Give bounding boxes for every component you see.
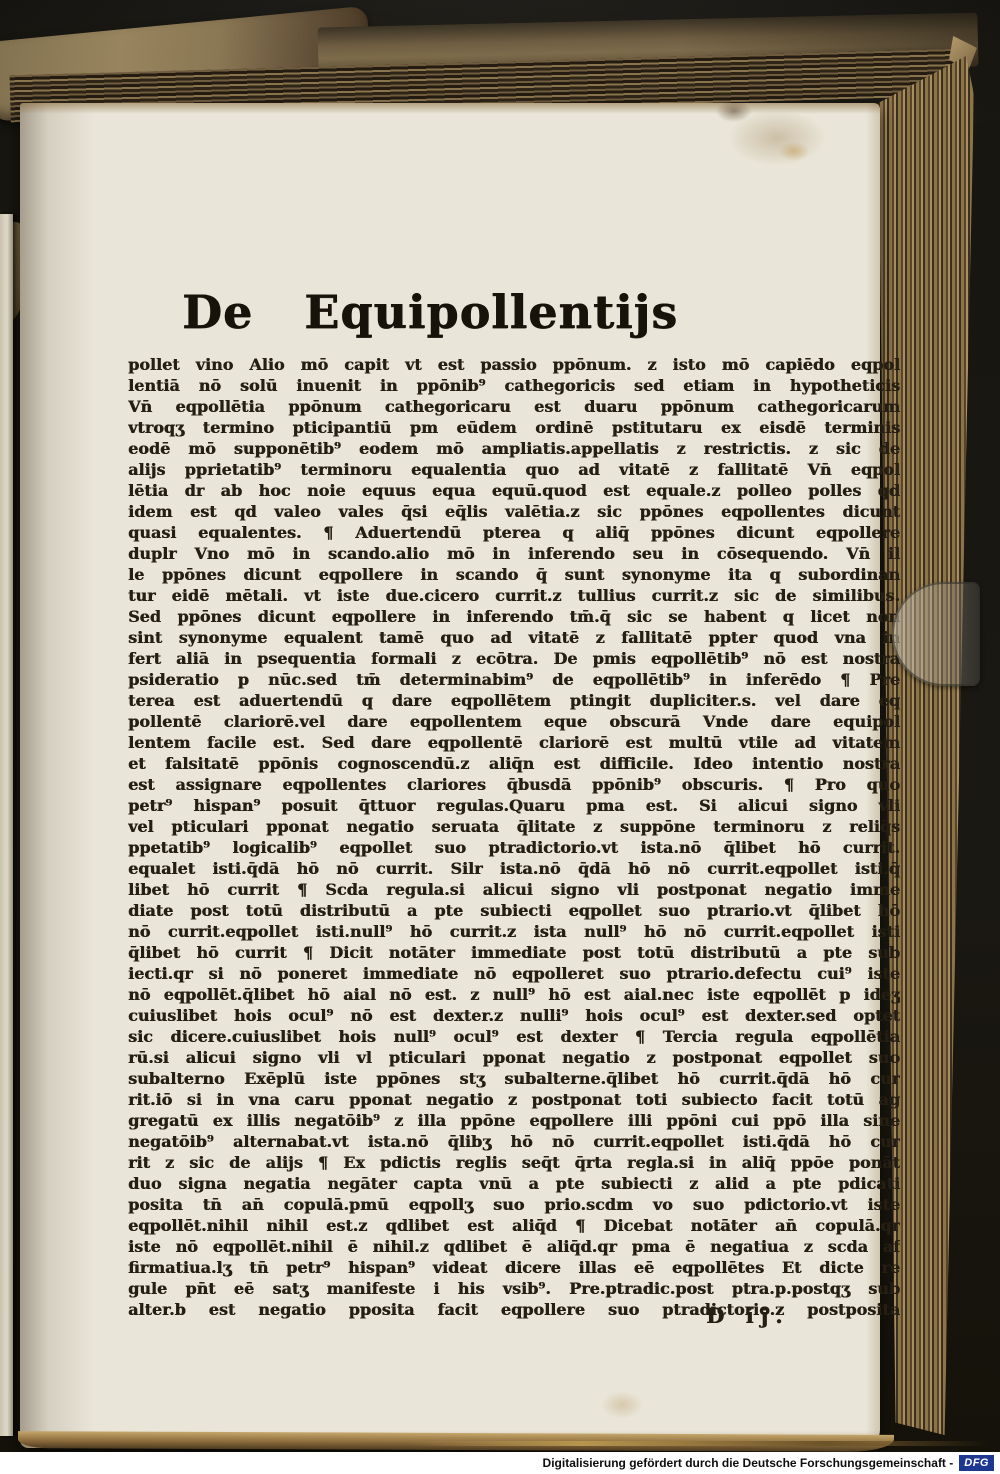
text-line: alijs pprietatib⁹ terminoru equalentia q… — [128, 459, 900, 480]
text-line: sic dicere.cuiuslibet hois null⁹ ocul⁹ e… — [128, 1026, 900, 1047]
text-line: libet hō currit ¶ Scda regula.si alicui … — [128, 879, 900, 900]
text-line: lentiā nō solū inuenit in ppōnib⁹ catheg… — [128, 375, 900, 396]
text-line: eodē mō supponētib⁹ eodem mō ampliatis.a… — [128, 438, 900, 459]
text-line: tur eidē mētali. vt iste due.cicero curr… — [128, 585, 900, 606]
page-edge-glint — [408, 1441, 988, 1446]
text-line: nō eqpollēt.q̄libet hō aial nō est. z nu… — [128, 984, 900, 1005]
text-line: firmatiua.lʒ tn̄ petr⁹ hispan⁹ videat di… — [128, 1257, 900, 1278]
text-line: petr⁹ hispan⁹ posuit q̄ttuor regulas.Qua… — [128, 795, 900, 816]
text-line: est assignare eqpollentes clariores q̄bu… — [128, 774, 900, 795]
text-line: vel pticulari pponat negatio seruata q̄l… — [128, 816, 900, 837]
text-line: pollet vino Alio mō capit vt est passio … — [128, 354, 900, 375]
digitization-credit-bar: Digitalisierung gefördert durch die Deut… — [0, 1452, 1000, 1474]
text-line: pollentē clariorē.vel dare eqpollentem e… — [128, 711, 900, 732]
text-line: quasi equalentes. ¶ Aduertendū pterea q … — [128, 522, 900, 543]
text-line: subalterno Exēplū iste ppōnes stʒ subalt… — [128, 1068, 900, 1089]
text-line: terea est aduertendū q dare eqpollētem p… — [128, 690, 900, 711]
text-line: idem est qd valeo vales q̄si eq̄lis valē… — [128, 501, 900, 522]
text-line: Vn̄ eqpollētia ppōnum cathegoricaru est … — [128, 396, 900, 417]
text-line: vtroqʒ termino pticipantiū pm eūdem ordi… — [128, 417, 900, 438]
text-line: iste nō eqpollēt.nihil ē nihil.z qdlibet… — [128, 1236, 900, 1257]
page-title: De Equipollentijs — [182, 285, 822, 339]
text-line: posita tn̄ an̄ copulā.pmū eqpollʒ suo pr… — [128, 1194, 900, 1215]
text-line: gregatū ex illis negatōib⁹ z illa ppōne … — [128, 1110, 900, 1131]
facing-page-sliver — [0, 214, 13, 1436]
text-line: le ppōnes dicunt eqpollere in scando q̄ … — [128, 564, 900, 585]
text-line: diate post totū distributū a pte subiect… — [128, 900, 900, 921]
text-line: q̄libet hō currit ¶ Dicit notāter immedi… — [128, 942, 900, 963]
text-line: et falsitatē ppōnis cognoscendū.z aliq̄n… — [128, 753, 900, 774]
text-line: negatōib⁹ alternabat.vt ista.nō q̄libʒ h… — [128, 1131, 900, 1152]
text-line: Sed ppōnes dicunt eqpollere in inferendo… — [128, 606, 900, 627]
text-line: iecti.qr si nō poneret immediate nō eqpo… — [128, 963, 900, 984]
text-line: gule pn̄t eē satʒ manifeste i his vsib⁹.… — [128, 1278, 900, 1299]
text-line: duplr Vno mō in scando.alio mō in infere… — [128, 543, 900, 564]
dfg-logo: DFG — [959, 1455, 994, 1471]
signature-mark: D ij. — [706, 1303, 789, 1328]
text-line: equalet isti.q̄dā hō nō currit. Silr ist… — [128, 858, 900, 879]
text-line: sint synonyme equalent tamē quo ad vitat… — [128, 627, 900, 648]
text-line: ppetatib⁹ logicalib⁹ eqpollet suo ptradi… — [128, 837, 900, 858]
body-text: pollet vino Alio mō capit vt est passio … — [128, 354, 900, 1320]
credit-text: Digitalisierung gefördert durch die Deut… — [543, 1456, 954, 1470]
text-line: fert aliā in psequentia formali z ecōtra… — [128, 648, 900, 669]
text-line: psideratio p nūc.sed tm̄ determinabim⁹ d… — [128, 669, 900, 690]
text-line: nō currit.eqpollet isti.null⁹ hō currit.… — [128, 921, 900, 942]
text-line: rū.si alicui signo vli vl pticulari ppon… — [128, 1047, 900, 1068]
text-line: lentem facile est. Sed dare eqpollentē c… — [128, 732, 900, 753]
text-line: duo signa negatia negāter capta vnū a pt… — [128, 1173, 900, 1194]
book-page: De Equipollentijs pollet vino Alio mō ca… — [20, 103, 880, 1448]
text-line: rit z sic de alijs ¶ Ex pdictis reglis s… — [128, 1152, 900, 1173]
text-line: eqpollēt.nihil nihil est.z qdlibet est a… — [128, 1215, 900, 1236]
scanned-book-photo: De Equipollentijs pollet vino Alio mō ca… — [0, 0, 1000, 1474]
text-line: rit.iō si in vna caru pponat negatio z p… — [128, 1089, 900, 1110]
text-line: cuiuslibet hois ocul⁹ nō est dexter.z nu… — [128, 1005, 900, 1026]
text-line: lētia dr ab hoc noie equus equa equū.quo… — [128, 480, 900, 501]
